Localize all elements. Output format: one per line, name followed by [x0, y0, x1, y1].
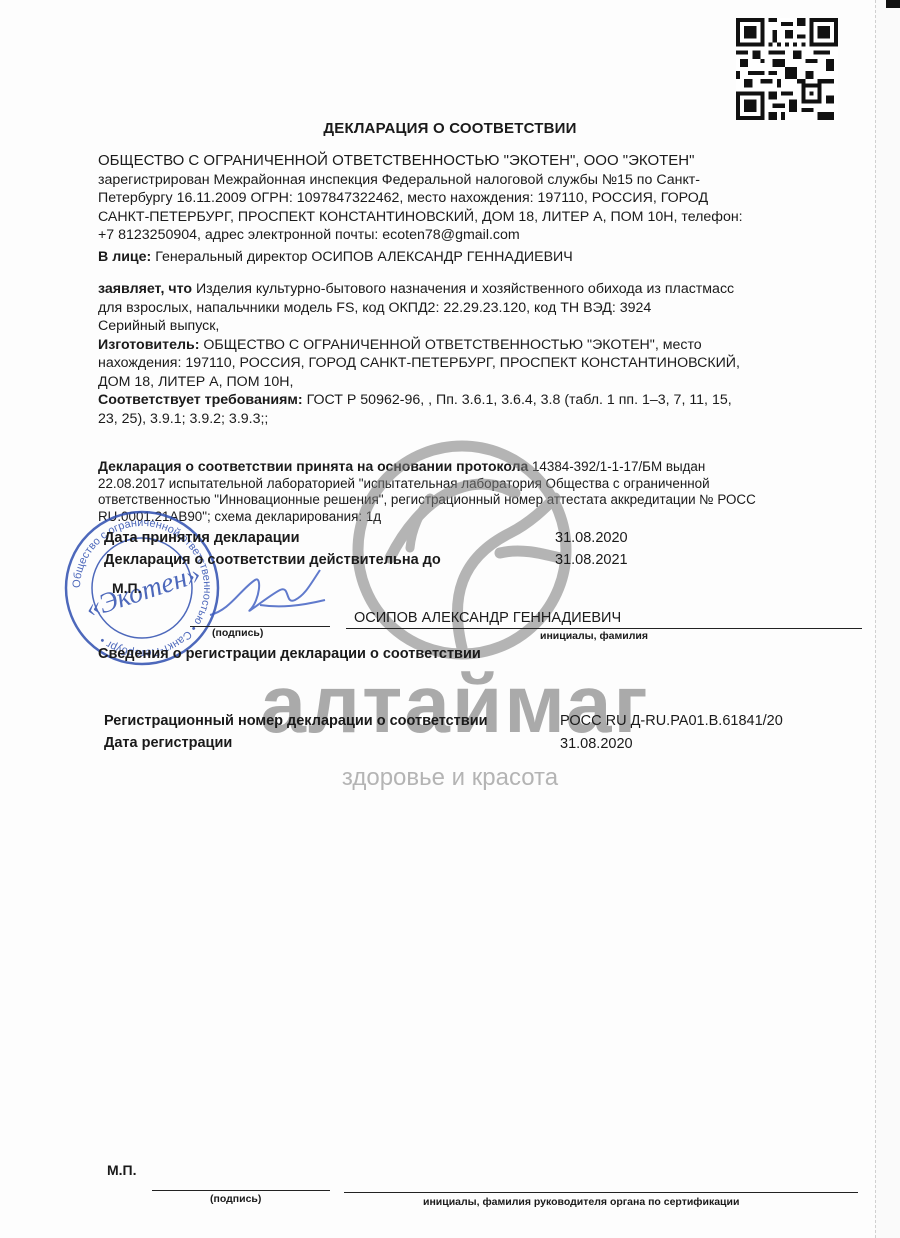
watermark-tagline: здоровье и красота	[300, 764, 600, 792]
requirements-label: Соответствует требованиям:	[98, 392, 303, 408]
applicant-line: ОБЩЕСТВО С ОГРАНИЧЕННОЙ ОТВЕТСТВЕННОСТЬЮ…	[98, 152, 818, 171]
registration-date-value: 31.08.2020	[560, 736, 633, 752]
registration-number-label: Регистрационный номер декларации о соотв…	[104, 713, 488, 729]
name-caption: инициалы, фамилия	[540, 630, 648, 642]
name-line	[346, 628, 862, 629]
accepted-date-value: 31.08.2020	[555, 530, 628, 546]
document-title: ДЕКЛАРАЦИЯ О СООТВЕТСТВИИ	[0, 120, 900, 137]
signatory-name: ОСИПОВ АЛЕКСАНДР ГЕННАДИЕВИЧ	[354, 610, 621, 626]
representative-line: В лице: Генеральный директор ОСИПОВ АЛЕК…	[98, 248, 818, 267]
signature-caption: (подпись)	[212, 627, 263, 639]
representative-value: Генеральный директор ОСИПОВ АЛЕКСАНДР ГЕ…	[151, 249, 572, 265]
manufacturer-line: нахождения: 197110, РОССИЯ, ГОРОД САНКТ-…	[98, 354, 818, 373]
accepted-date-label: Дата принятия декларации	[104, 530, 299, 546]
declares-line: для взрослых, напальчники модель FS, код…	[98, 299, 818, 318]
signature-icon	[200, 560, 330, 630]
page-edge-corner	[886, 0, 900, 8]
mp-label: М.П.	[112, 580, 142, 596]
valid-until-value: 31.08.2021	[555, 552, 628, 568]
requirements-line: Соответствует требованиям: ГОСТ Р 50962-…	[98, 391, 818, 410]
manufacturer-line: Изготовитель: ОБЩЕСТВО С ОГРАНИЧЕННОЙ ОТ…	[98, 336, 818, 355]
declares-label: заявляет, что	[98, 281, 192, 297]
applicant-line: Петербургу 16.11.2009 ОГРН: 109784732246…	[98, 189, 818, 208]
cert-body-name-line	[344, 1192, 858, 1193]
registration-date-label: Дата регистрации	[104, 735, 232, 751]
requirements-line: 23, 25), 3.9.1; 3.9.2; 3.9.3;;	[98, 410, 818, 429]
stamp-center-text: «Экотен»	[82, 558, 205, 624]
manufacturer-label: Изготовитель:	[98, 337, 199, 353]
manufacturer-line: ДОМ 18, ЛИТЕР А, ПОМ 10Н,	[98, 373, 818, 392]
declares-section: заявляет, что Изделия культурно-бытового…	[98, 280, 818, 428]
representative-label: В лице:	[98, 249, 151, 265]
page-edge	[875, 0, 900, 1238]
cert-body-signature-caption: (подпись)	[210, 1193, 261, 1205]
applicant-section: ОБЩЕСТВО С ОГРАНИЧЕННОЙ ОТВЕТСТВЕННОСТЬЮ…	[98, 152, 818, 266]
declares-line: Серийный выпуск,	[98, 317, 818, 336]
registration-number-value: РОСС RU Д-RU.PA01.B.61841/20	[560, 713, 783, 729]
applicant-line: САНКТ-ПЕТЕРБУРГ, ПРОСПЕКТ КОНСТАНТИНОВСК…	[98, 208, 818, 227]
cert-body-mp-label: М.П.	[107, 1162, 137, 1178]
applicant-line: +7 8123250904, адрес электронной почты: …	[98, 226, 818, 245]
cert-body-signature-line	[152, 1190, 330, 1191]
cert-body-name-caption: инициалы, фамилия руководителя органа по…	[423, 1196, 739, 1208]
qr-code-icon	[736, 18, 838, 120]
declares-line: заявляет, что Изделия культурно-бытового…	[98, 280, 818, 299]
applicant-line: зарегистрирован Межрайонная инспекция Фе…	[98, 171, 818, 190]
